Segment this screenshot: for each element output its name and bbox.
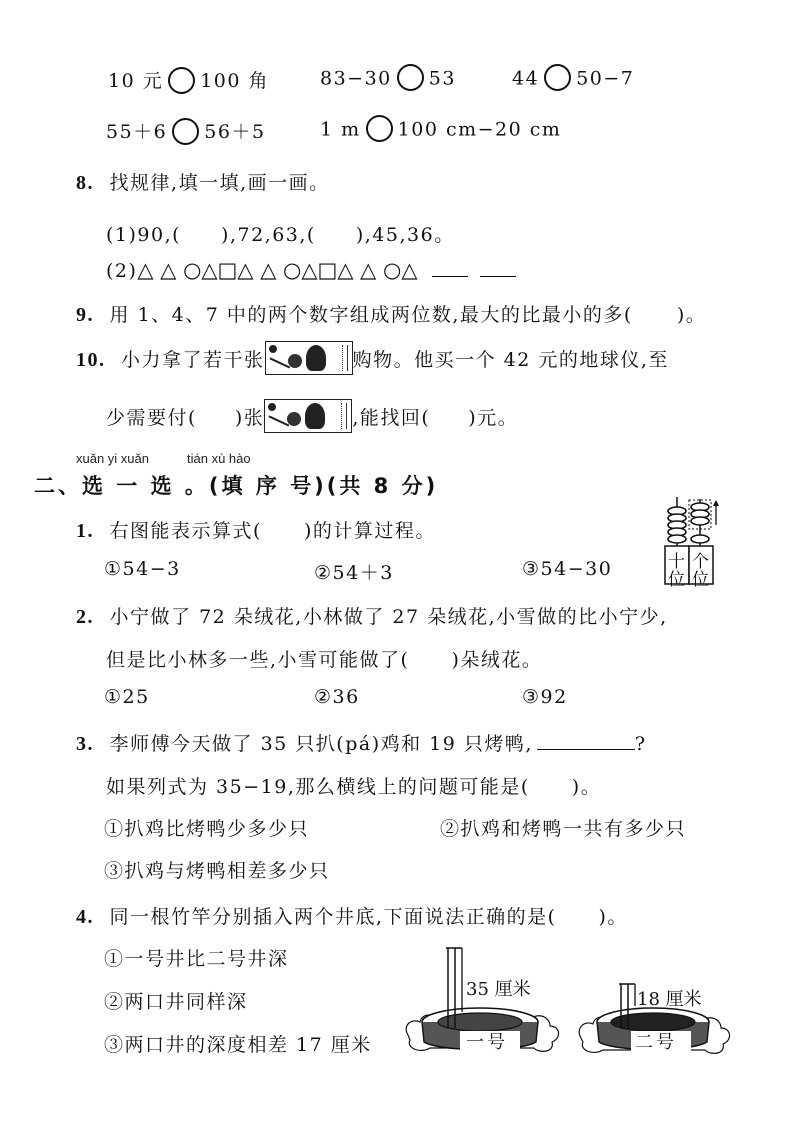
comparison-row-2b: 1 m100 cm−20 cm <box>320 117 561 144</box>
comparison-row-1b: 83−3053 <box>320 66 456 93</box>
option-2[interactable]: ②扒鸡和烤鸭一共有多少只 <box>440 814 686 841</box>
answer-line[interactable] <box>537 749 635 750</box>
tens-label-2: 位 <box>668 565 685 590</box>
ones-label-2: 位 <box>692 565 709 590</box>
question-9: 9. 用 1、4、7 中的两个数字组成两位数,最大的比最小的多()。 <box>76 300 706 327</box>
question-text: )元。 <box>468 407 518 429</box>
sequence-end: ),45,36。 <box>356 224 455 246</box>
comparison-row-1c: 4450−7 <box>512 66 634 93</box>
option-1[interactable]: ①25 <box>104 686 150 708</box>
option-1[interactable]: ①一号井比二号井深 <box>104 944 289 971</box>
question-text: ,能找回( <box>352 407 430 429</box>
question-number: 4. <box>76 906 94 928</box>
compare-2-left: 83−30 <box>320 68 392 90</box>
compare-5-right: 100 cm−20 cm <box>398 119 562 141</box>
banknote-100-icon <box>264 399 352 433</box>
answer-circle[interactable] <box>397 64 424 91</box>
question-text: )。 <box>599 906 628 928</box>
option-2[interactable]: ②两口井同样深 <box>104 987 248 1014</box>
well-1-figure: 35 厘米 一号 <box>400 940 570 1060</box>
compare-1-left: 10 元 <box>108 70 163 92</box>
abacus-figure: 十 位 个 位 <box>660 497 730 587</box>
shape-pattern: △ △ ○△□△ △ ○△□△ △ ○△ <box>137 258 417 282</box>
question-text: 如果列式为 35−19,那么横线上的问题可能是( <box>106 776 530 798</box>
answer-circle[interactable] <box>544 64 571 91</box>
compare-4-left: 55＋6 <box>106 121 167 143</box>
question-text: 同一根竹竿分别插入两个井底,下面说法正确的是( <box>110 906 557 928</box>
option-1[interactable]: ①扒鸡比烤鸭少多少只 <box>104 814 309 841</box>
question-mark: ? <box>635 733 647 755</box>
well-1-measure: 35 厘米 <box>466 975 531 1001</box>
answer-line[interactable] <box>480 276 516 277</box>
answer-line[interactable] <box>432 276 468 277</box>
compare-2-right: 53 <box>429 68 456 90</box>
question-number: 2. <box>76 606 94 628</box>
question-tail: )。 <box>677 304 706 326</box>
answer-circle[interactable] <box>168 67 195 94</box>
well-2-figure: 18 厘米 二号 <box>575 960 735 1060</box>
option-2[interactable]: ②36 <box>314 686 360 708</box>
compare-3-right: 50−7 <box>576 68 634 90</box>
comparison-row-2: 55＋656＋5 <box>106 117 266 147</box>
question-text: 小力拿了若干张 <box>121 349 265 371</box>
s2-question-3: 3. 李师傅今天做了 35 只扒(pá)鸡和 19 只烤鸭,? <box>76 729 647 756</box>
compare-3-left: 44 <box>512 68 539 90</box>
option-2[interactable]: ②54＋3 <box>314 558 394 585</box>
option-1[interactable]: ①54−3 <box>104 558 181 580</box>
s2-question-2-line-2: 但是比小林多一些,小雪可能做了()朵绒花。 <box>106 645 542 672</box>
question-text: 购物。他买一个 42 元的地球仪,至 <box>353 349 669 371</box>
option-3[interactable]: ③扒鸡与烤鸭相差多少只 <box>104 856 330 883</box>
option-3[interactable]: ③两口井的深度相差 17 厘米 <box>104 1030 372 1057</box>
question-text: 小宁做了 72 朵绒花,小林做了 27 朵绒花,小雪做的比小宁少, <box>110 606 668 628</box>
question-text: 右图能表示算式( <box>110 520 262 542</box>
question-10-line-2: 少需要付()张,能找回()元。 <box>106 402 518 436</box>
banknote-100-icon <box>265 341 353 375</box>
pinyin-tian-xu-hao: tián xù hào <box>187 451 251 466</box>
answer-circle[interactable] <box>366 115 393 142</box>
question-text: )的计算过程。 <box>304 520 436 542</box>
question-number: 8. <box>76 172 94 194</box>
pinyin-xuan-yi-xuan: xuǎn yi xuǎn <box>76 451 149 466</box>
question-number: 3. <box>76 733 94 755</box>
question-8-part-1: (1)90,(),72,63,(),45,36。 <box>106 220 455 247</box>
well-1-label: 一号 <box>466 1028 508 1054</box>
comparison-row-1: 10 元100 角 <box>108 66 269 96</box>
section-heading: 二、选 一 选 。(填 序 号)(共 8 分) <box>34 470 438 500</box>
sequence-start: (1)90,( <box>106 224 181 246</box>
answer-circle[interactable] <box>172 118 199 145</box>
question-text: 但是比小林多一些,小雪可能做了( <box>106 649 409 671</box>
part-label: (2) <box>106 260 137 282</box>
question-8: 8. 找规律,填一填,画一画。 <box>76 168 330 195</box>
question-text: )朵绒花。 <box>451 649 542 671</box>
question-text: 找规律,填一填,画一画。 <box>110 172 330 194</box>
well-2-label: 二号 <box>635 1028 677 1054</box>
s2-question-4: 4. 同一根竹竿分别插入两个井底,下面说法正确的是()。 <box>76 902 628 929</box>
question-text: 用 1、4、7 中的两个数字组成两位数,最大的比最小的多( <box>110 304 633 326</box>
question-number: 10. <box>76 349 106 371</box>
well-2-measure: 18 厘米 <box>637 985 702 1011</box>
question-text: )张 <box>235 407 264 429</box>
s2-question-2: 2. 小宁做了 72 朵绒花,小林做了 27 朵绒花,小雪做的比小宁少, <box>76 602 668 629</box>
question-8-part-2: (2)△ △ ○△□△ △ ○△□△ △ ○△ <box>106 258 516 282</box>
sequence-middle: ),72,63,( <box>221 224 316 246</box>
question-number: 1. <box>76 520 94 542</box>
s2-question-3-line-2: 如果列式为 35−19,那么横线上的问题可能是()。 <box>106 772 601 799</box>
option-3[interactable]: ③92 <box>522 686 568 708</box>
compare-1-right: 100 角 <box>200 70 269 92</box>
question-text: )。 <box>572 776 601 798</box>
compare-4-right: 56＋5 <box>204 121 265 143</box>
question-10: 10. 小力拿了若干张购物。他买一个 42 元的地球仪,至 <box>76 344 669 378</box>
question-text: 少需要付( <box>106 407 197 429</box>
s2-question-1: 1. 右图能表示算式()的计算过程。 <box>76 516 436 543</box>
compare-5-left: 1 m <box>320 119 361 141</box>
question-number: 9. <box>76 304 94 326</box>
question-text: 李师傅今天做了 35 只扒(pá)鸡和 19 只烤鸭, <box>110 733 533 755</box>
option-3[interactable]: ③54−30 <box>522 558 612 580</box>
